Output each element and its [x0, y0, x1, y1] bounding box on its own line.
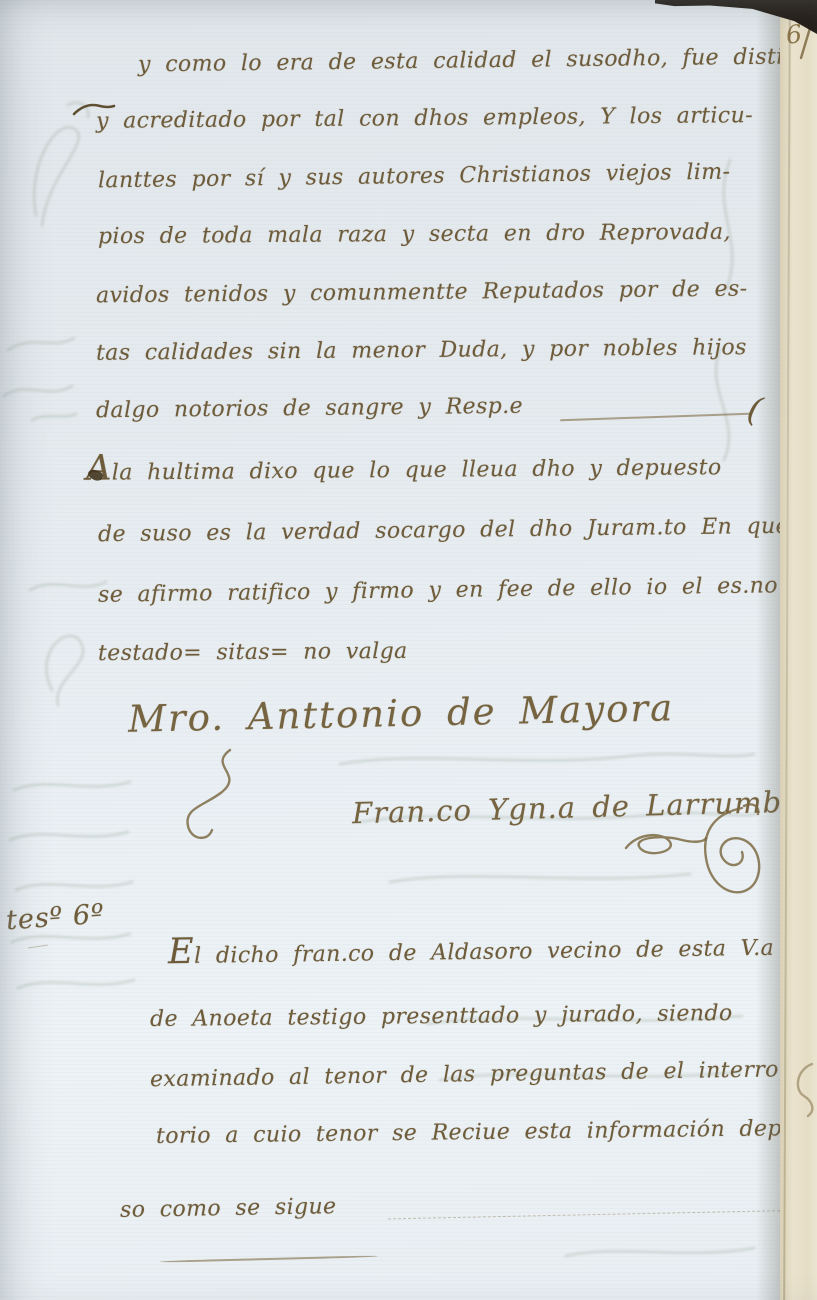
- bleedthrough-ghost-text: [6, 770, 136, 1000]
- manuscript-line-p1-2: y acreditado por tal con dhos empleos, Y…: [96, 103, 753, 134]
- next-page-pen-curl: [790, 1060, 817, 1120]
- manuscript-line-p1-5: avidos tenidos y comunmentte Reputados p…: [96, 277, 748, 309]
- trailing-dash-rule: [388, 1210, 810, 1220]
- manuscript-line-p2-1: El dicho fran.co de Aldasoro vecino de e…: [168, 936, 774, 969]
- closing-rule: [160, 1255, 378, 1263]
- manuscript-line-p1-11: testado= sitas= no valga: [98, 639, 408, 666]
- signature-rubric-flourish: [178, 748, 258, 848]
- page-edge-shadow: [756, 0, 780, 1300]
- manuscript-line-p1-3: lanttes por sí y sus autores Christianos…: [98, 160, 731, 194]
- manuscript-line-p2-5: so como se sigue: [120, 1194, 337, 1223]
- manuscript-page: y como lo era de esta calidad el susodho…: [0, 0, 817, 1300]
- manuscript-line-p1-4: pios de toda mala raza y secta en dro Re…: [98, 220, 731, 249]
- signature-rubric-circle: [672, 800, 767, 905]
- manuscript-line-p1-10: se afirmo ratifico y firmo y en fee de e…: [98, 573, 778, 607]
- manuscript-line-p2-4: torio a cuio tenor se Reciue esta inform…: [156, 1116, 805, 1149]
- manuscript-line-p1-9: de suso es la verdad socargo del dho Jur…: [98, 514, 789, 547]
- manuscript-line-p1-7: dalgo notorios de sangre y Resp.e: [96, 394, 523, 423]
- bleedthrough-ghost-text: [560, 1230, 760, 1270]
- manuscript-line-p1-1: y como lo era de esta calidad el susodho…: [138, 44, 817, 78]
- bleedthrough-ghost-text: [2, 320, 82, 440]
- manuscript-line-p1-8: Ala hultima dixo que lo que lleua dho y …: [86, 455, 722, 486]
- manuscript-line-p1-6: tas calidades sin la menor Duda, y por n…: [96, 335, 747, 366]
- signature-antonio-de-mayora: Mro. Anttonio de Mayora: [128, 686, 675, 740]
